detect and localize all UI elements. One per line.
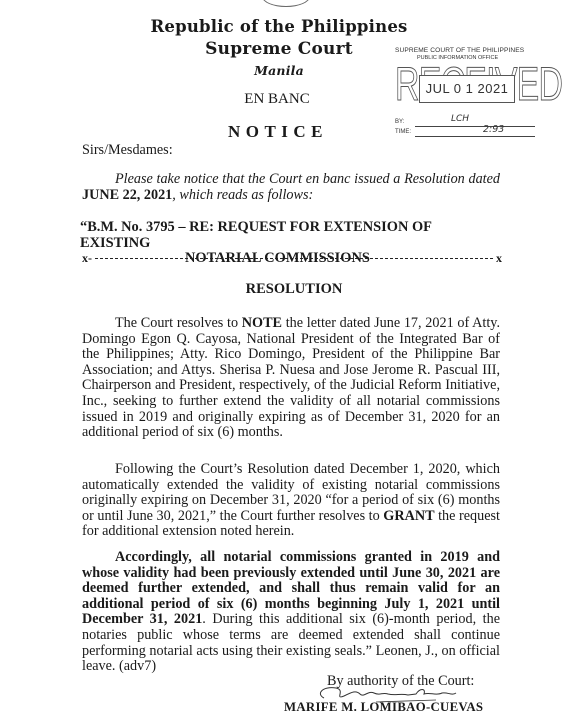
stamp-time-line bbox=[415, 136, 535, 137]
letterhead-republic: Republic of the Philippines bbox=[0, 17, 573, 36]
p1-text-post: the letter dated June 17, 2021 of Atty. … bbox=[82, 315, 500, 440]
resolution-paragraph-2: Following the Court’s Resolution dated D… bbox=[82, 462, 500, 540]
p1-text-pre: The Court resolves to bbox=[115, 315, 242, 331]
resolution-paragraph-3: Accordingly, all notarial commissions gr… bbox=[82, 550, 500, 675]
p1-note-keyword: NOTE bbox=[242, 315, 282, 331]
court-seal bbox=[262, 0, 310, 7]
divider-left: x- bbox=[82, 251, 92, 267]
received-stamp: SUPREME COURT OF THE PHILIPPINES PUBLIC … bbox=[395, 47, 540, 139]
p2-grant-keyword: GRANT bbox=[383, 508, 434, 524]
stamp-time-value: 2:93 bbox=[483, 124, 504, 135]
notice-outro: , which reads as follows: bbox=[172, 187, 313, 203]
stamp-office-line1: SUPREME COURT OF THE PHILIPPINES bbox=[395, 47, 540, 54]
stamp-by-value: LCH bbox=[451, 114, 469, 124]
stamp-date: JUL 0 1 2021 bbox=[419, 75, 515, 103]
case-title-line1: “B.M. No. 3795 – RE: REQUEST FOR EXTENSI… bbox=[80, 219, 431, 251]
signatory-name: MARIFE M. LOMIBAO-CUEVAS bbox=[284, 700, 483, 715]
stamp-by-label: BY: bbox=[395, 119, 404, 125]
resolution-date: JUNE 22, 2021 bbox=[82, 187, 172, 203]
stamp-time-label: TIME: bbox=[395, 129, 411, 135]
section-divider: x- x bbox=[82, 251, 502, 267]
stamp-by-line bbox=[415, 126, 535, 127]
notice-intro: Please take notice that the Court en ban… bbox=[115, 171, 500, 187]
divider-dashes bbox=[95, 258, 493, 259]
salutation: Sirs/Mesdames: bbox=[82, 143, 173, 159]
resolution-heading: RESOLUTION bbox=[0, 282, 588, 298]
resolution-paragraph-1: The Court resolves to NOTE the letter da… bbox=[82, 316, 500, 441]
notice-paragraph: Please take notice that the Court en ban… bbox=[82, 172, 500, 203]
divider-right: x bbox=[496, 251, 502, 267]
